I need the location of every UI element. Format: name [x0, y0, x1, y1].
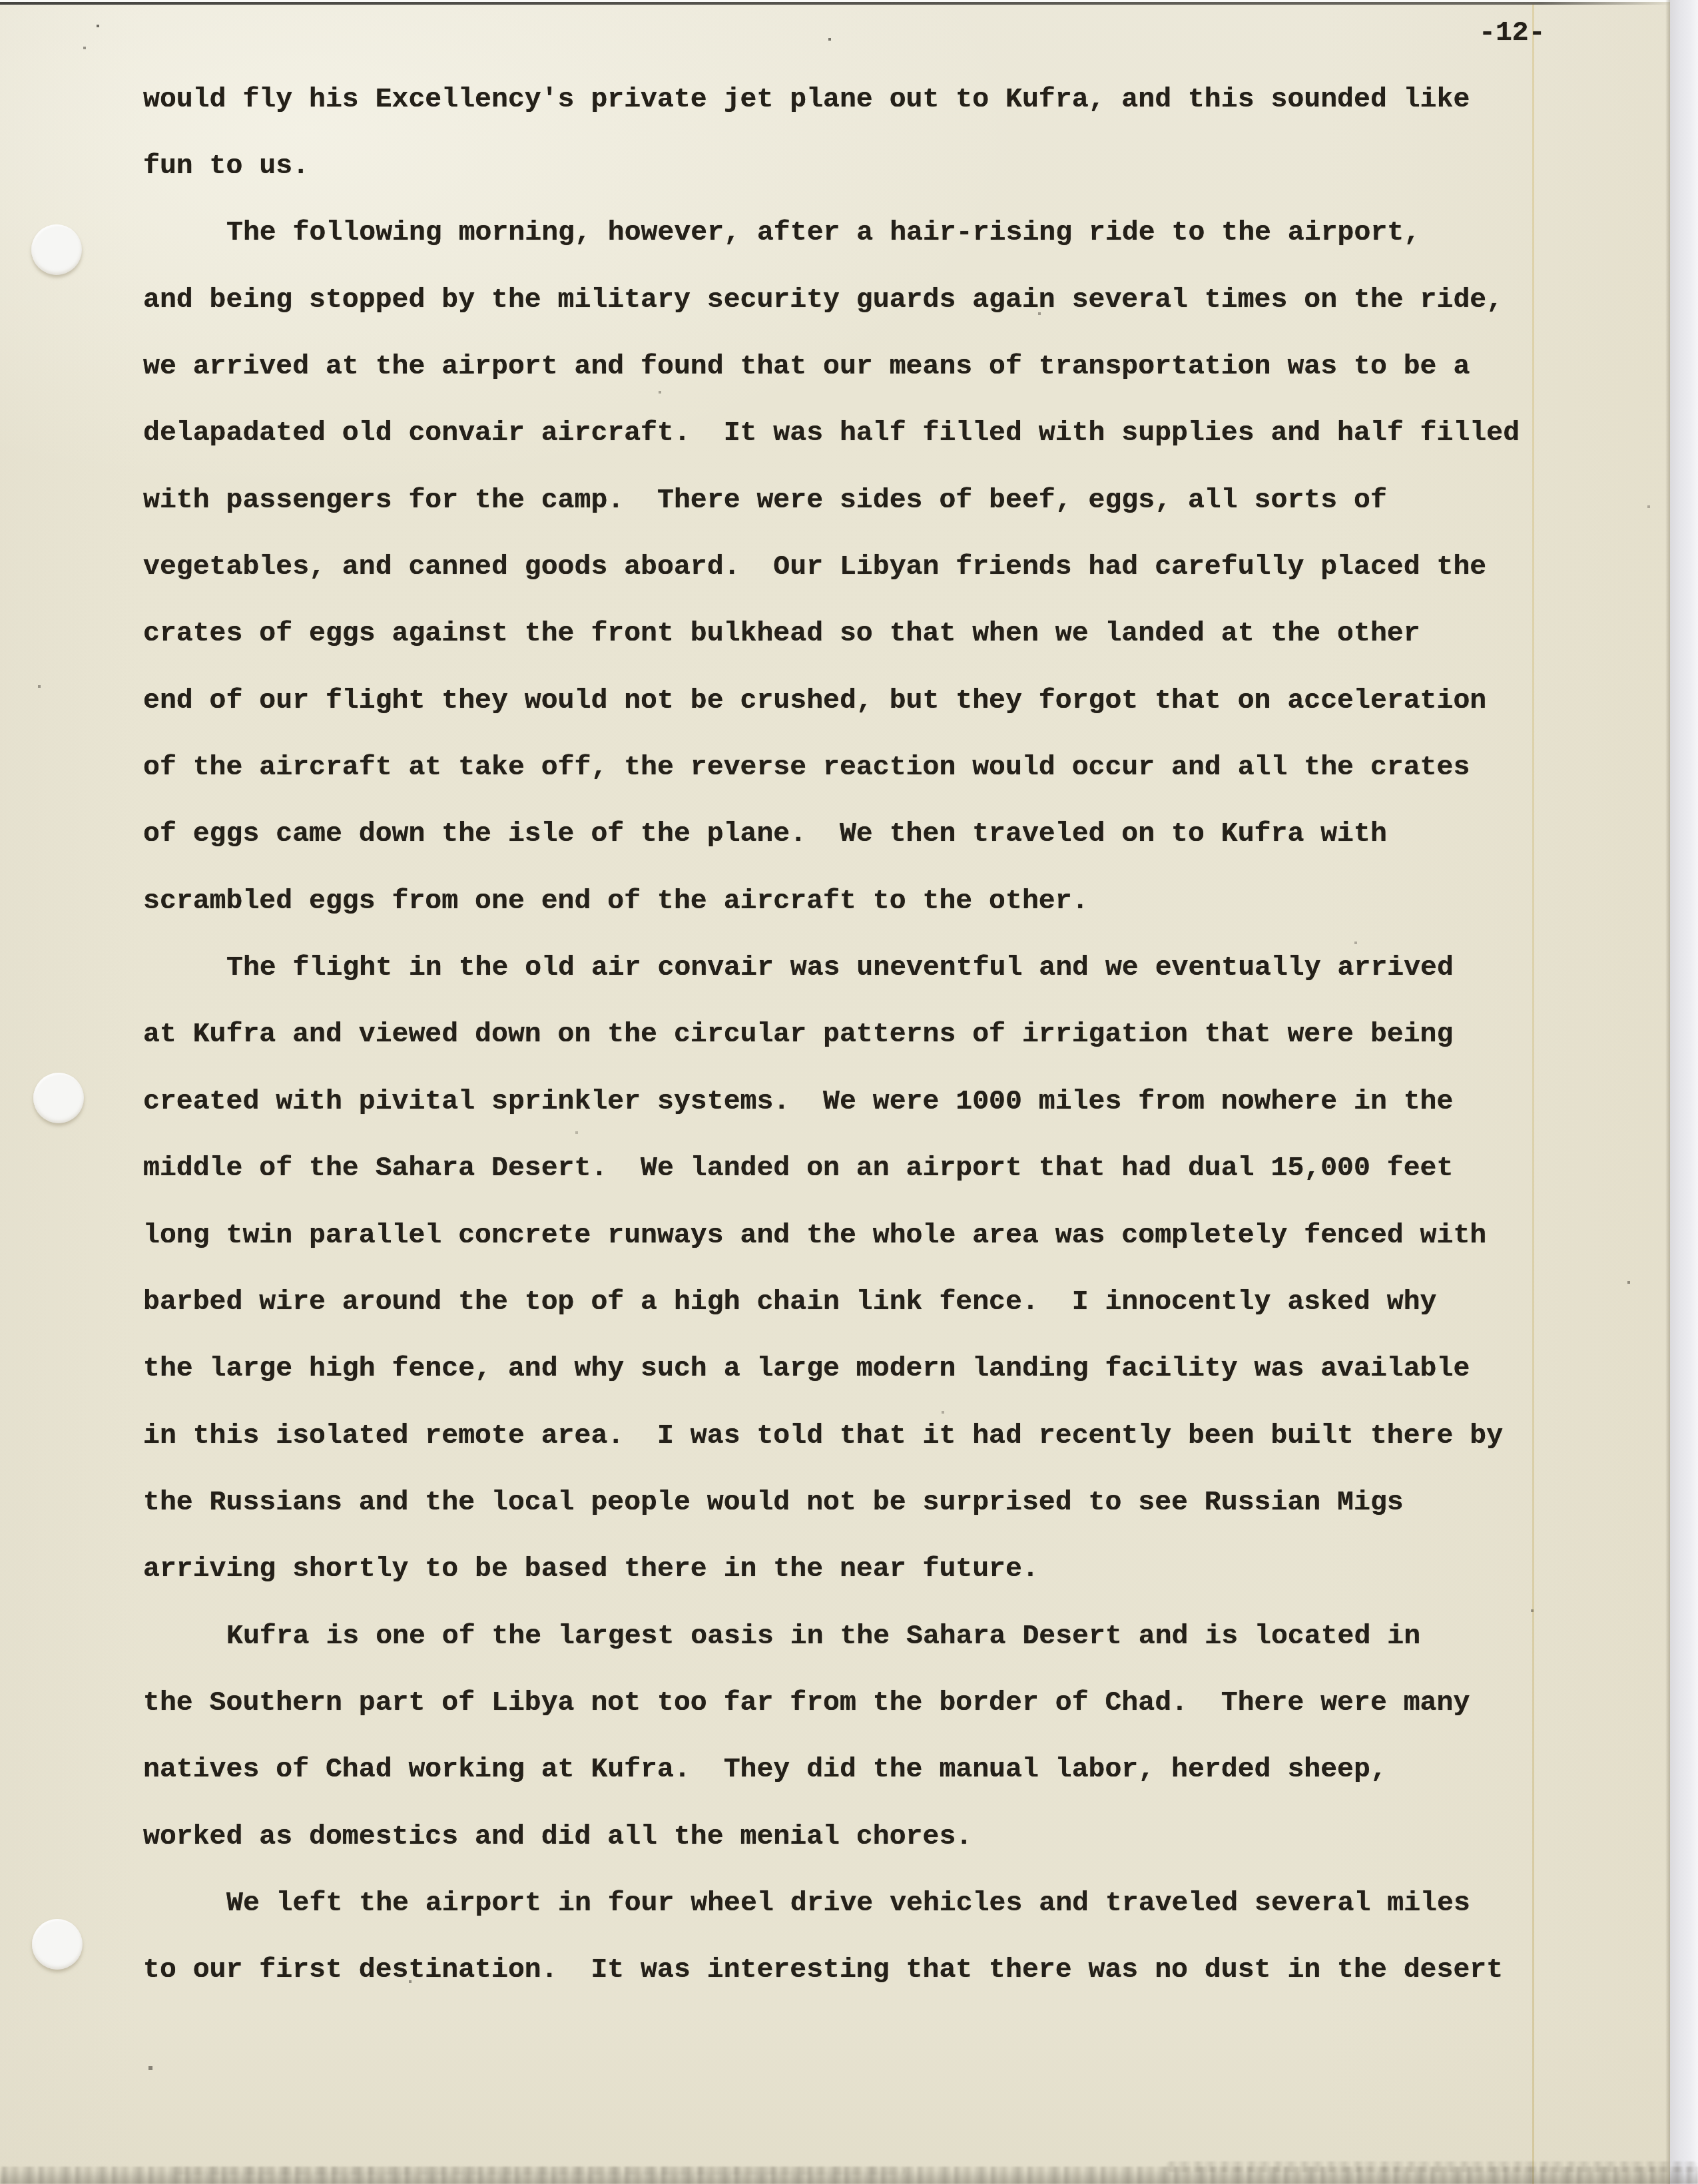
- typed-line: The flight in the old air convair was un…: [143, 934, 1595, 1001]
- typed-line: end of our flight they would not be crus…: [143, 667, 1595, 734]
- typed-line: the Russians and the local people would …: [143, 1469, 1595, 1535]
- typed-line: natives of Chad working at Kufra. They d…: [143, 1737, 1595, 1803]
- typed-line: The following morning, however, after a …: [143, 200, 1595, 266]
- scan-bottom-smudge-right: [1165, 2161, 1698, 2172]
- typed-line: would fly his Excellency's private jet p…: [143, 66, 1595, 133]
- scan-bottom-smudge-left: [173, 2167, 906, 2175]
- typed-line: scrambled eggs from one end of the aircr…: [143, 868, 1595, 934]
- typed-line: arriving shortly to be based there in th…: [143, 1536, 1595, 1603]
- typed-line: long twin parallel concrete runways and …: [143, 1202, 1595, 1268]
- typed-line: with passengers for the camp. There were…: [143, 467, 1595, 533]
- typed-line: delapadated old convair aircraft. It was…: [143, 400, 1595, 467]
- scanned-typewritten-page: { "page": { "number_label": "-12-" }, "d…: [0, 0, 1698, 2184]
- punch-hole-top: [31, 224, 82, 275]
- typed-line: crates of eggs against the front bulkhea…: [143, 601, 1595, 667]
- typed-line: Kufra is one of the largest oasis in the…: [143, 1603, 1595, 1669]
- typed-line: of the aircraft at take off, the reverse…: [143, 734, 1595, 800]
- typed-lines: would fly his Excellency's private jet p…: [143, 66, 1595, 2004]
- typed-line: and being stopped by the military securi…: [143, 266, 1595, 333]
- typed-line: We left the airport in four wheel drive …: [143, 1870, 1595, 1936]
- typed-line: the large high fence, and why such a lar…: [143, 1336, 1595, 1402]
- typed-line: to our first destination. It was interes…: [143, 1937, 1595, 2004]
- typed-line: we arrived at the airport and found that…: [143, 333, 1595, 400]
- typed-line: worked as domestics and did all the meni…: [143, 1803, 1595, 1870]
- scanner-background-strip: [1670, 0, 1698, 2184]
- punch-hole-middle: [33, 1073, 84, 1123]
- typed-line: in this isolated remote area. I was told…: [143, 1402, 1595, 1469]
- typed-line: middle of the Sahara Desert. We landed o…: [143, 1135, 1595, 1202]
- typed-line: vegetables, and canned goods aboard. Our…: [143, 533, 1595, 600]
- typed-line: created with pivital sprinkler systems. …: [143, 1068, 1595, 1135]
- typed-line: the Southern part of Libya not too far f…: [143, 1669, 1595, 1736]
- paper-right-edge-shadow: [1665, 0, 1670, 2184]
- page-number: -12-: [1479, 17, 1546, 49]
- typed-line: fun to us.: [143, 133, 1595, 199]
- typed-line: of eggs came down the isle of the plane.…: [143, 801, 1595, 868]
- typed-line: barbed wire around the top of a high cha…: [143, 1268, 1595, 1335]
- punch-hole-bottom: [32, 1919, 83, 1970]
- typed-line: at Kufra and viewed down on the circular…: [143, 1001, 1595, 1068]
- scan-top-edge-shadow: [0, 2, 1675, 5]
